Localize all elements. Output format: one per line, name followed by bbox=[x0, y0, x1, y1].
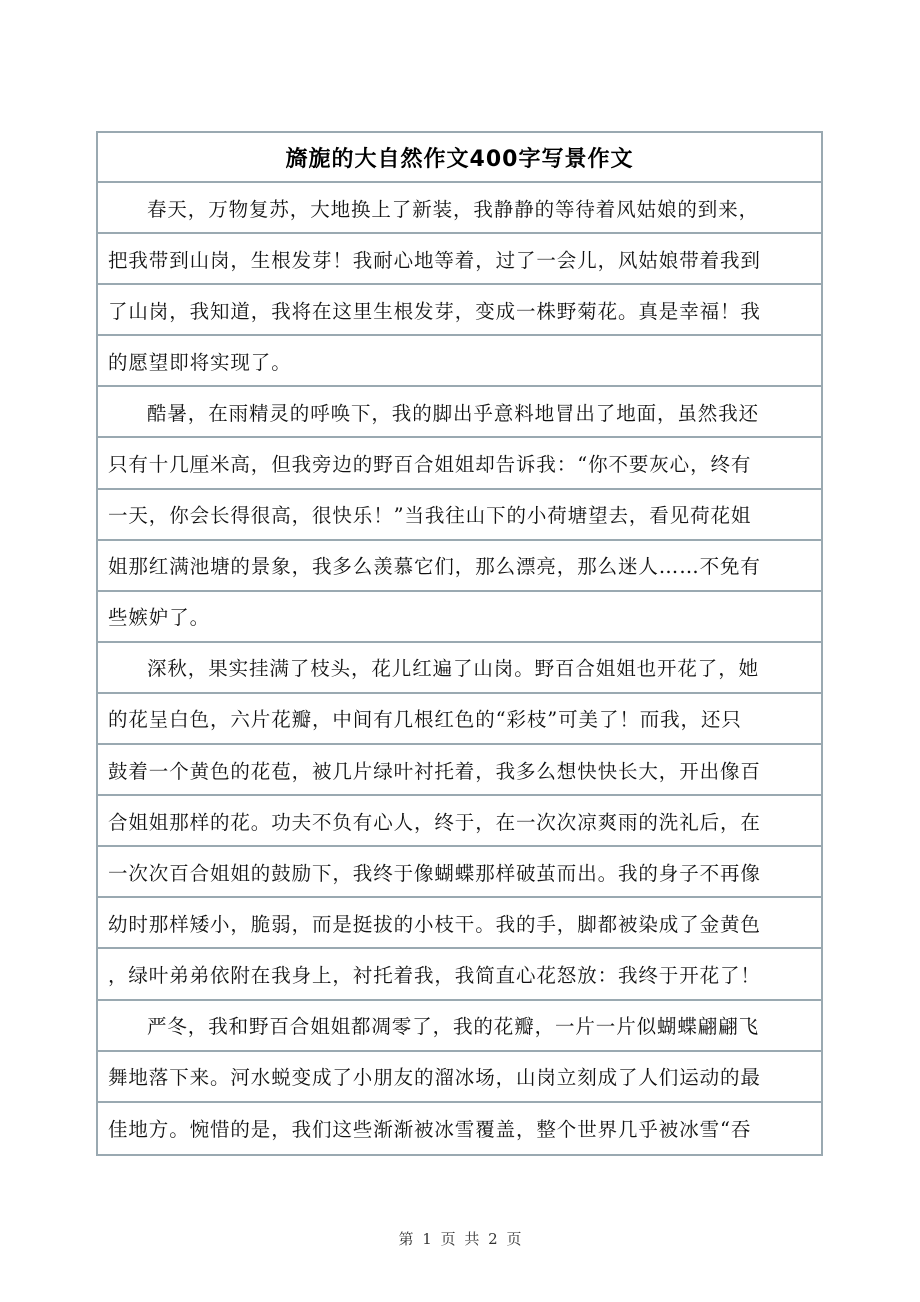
text-row: 合姐姐那样的花。功夫不负有心人，终于，在一次次凉爽雨的洗礼后，在 bbox=[98, 796, 821, 847]
text-row: 了山岗，我知道，我将在这里生根发芽，变成一株野菊花。真是幸福！我 bbox=[98, 285, 821, 336]
text-row: 舞地落下来。河水蜕变成了小朋友的溜冰场，山岗立刻成了人们运动的最 bbox=[98, 1052, 821, 1103]
page-indicator: 第 1 页 共 2 页 bbox=[0, 1228, 920, 1249]
text-row: 佳地方。惋惜的是，我们这些渐渐被冰雪覆盖，整个世界几乎被冰雪“吞 bbox=[98, 1103, 821, 1154]
text-row: 把我带到山岗，生根发芽！我耐心地等着，过了一会儿，风姑娘带着我到 bbox=[98, 234, 821, 285]
text-row: 一天，你会长得很高，很快乐！”当我往山下的小荷塘望去，看见荷花姐 bbox=[98, 490, 821, 541]
text-row: 幼时那样矮小，脆弱，而是挺拔的小枝干。我的手，脚都被染成了金黄色 bbox=[98, 898, 821, 949]
text-row: ，绿叶弟弟依附在我身上，衬托着我，我简直心花怒放：我终于开花了！ bbox=[98, 949, 821, 1000]
text-row: 些嫉妒了。 bbox=[98, 592, 821, 643]
text-row: 深秋，果实挂满了枝头，花儿红遍了山岗。野百合姐姐也开花了，她 bbox=[98, 643, 821, 694]
text-row: 的花呈白色，六片花瓣，中间有几根红色的“彩枝”可美了！而我，还只 bbox=[98, 694, 821, 745]
text-row: 一次次百合姐姐的鼓励下，我终于像蝴蝶那样破茧而出。我的身子不再像 bbox=[98, 847, 821, 898]
text-row: 酷暑，在雨精灵的呼唤下，我的脚出乎意料地冒出了地面，虽然我还 bbox=[98, 387, 821, 438]
text-row: 严冬，我和野百合姐姐都凋零了，我的花瓣，一片一片似蝴蝶翩翩飞 bbox=[98, 1001, 821, 1052]
essay-table: 旖旎的大自然作文400字写景作文 春天，万物复苏，大地换上了新装，我静静的等待着… bbox=[96, 131, 823, 1156]
text-row: 的愿望即将实现了。 bbox=[98, 336, 821, 387]
text-row: 鼓着一个黄色的花苞，被几片绿叶衬托着，我多么想快快长大，开出像百 bbox=[98, 745, 821, 796]
text-row: 只有十几厘米高，但我旁边的野百合姐姐却告诉我：“你不要灰心，终有 bbox=[98, 438, 821, 489]
text-row: 姐那红满池塘的景象，我多么羡慕它们，那么漂亮，那么迷人……不免有 bbox=[98, 541, 821, 592]
document-page: 旖旎的大自然作文400字写景作文 春天，万物复苏，大地换上了新装，我静静的等待着… bbox=[0, 0, 920, 1302]
text-row: 春天，万物复苏，大地换上了新装，我静静的等待着风姑娘的到来， bbox=[98, 183, 821, 234]
essay-title: 旖旎的大自然作文400字写景作文 bbox=[98, 133, 821, 183]
